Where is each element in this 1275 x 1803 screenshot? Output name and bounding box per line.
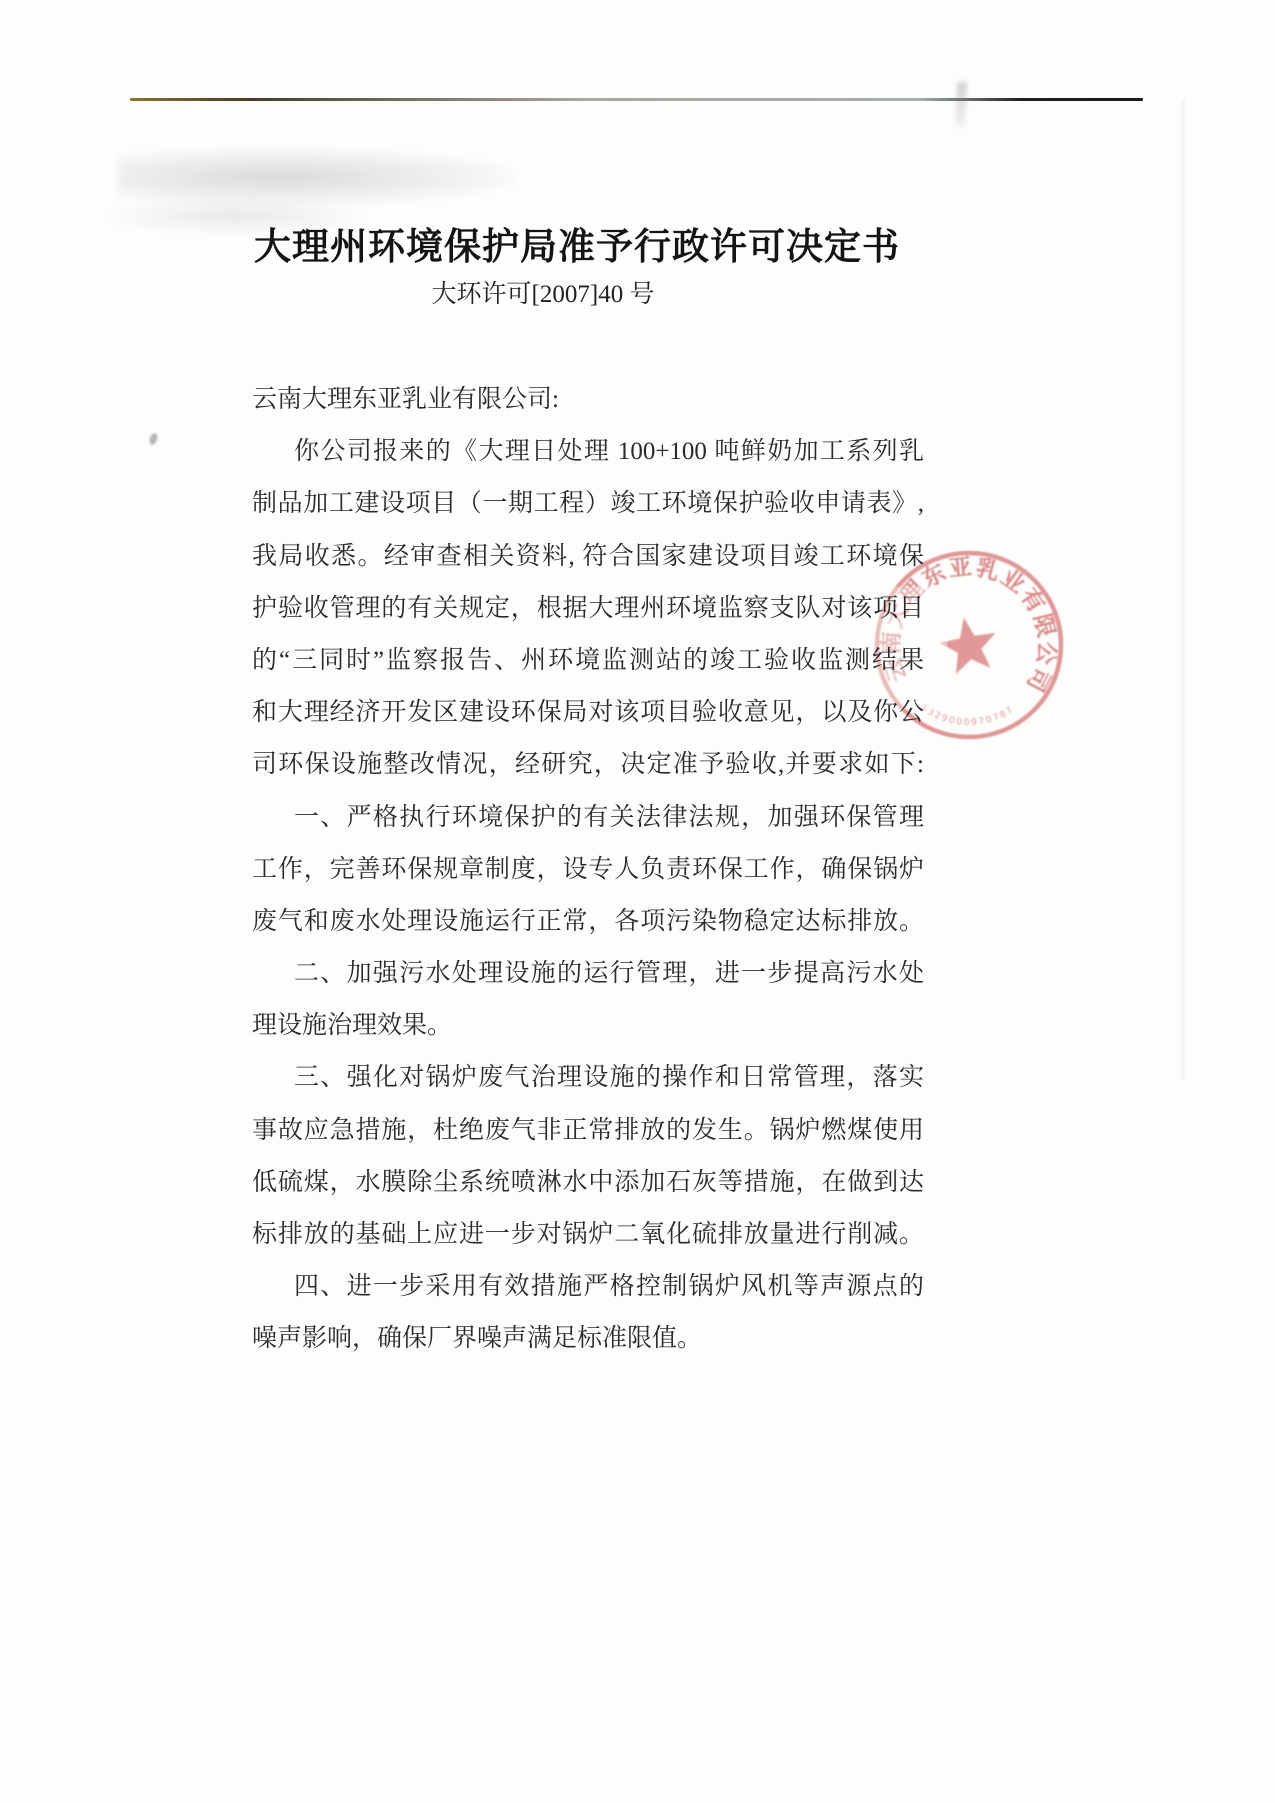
body-line: 三、强化对锅炉废气治理设施的操作和日常管理，落实 bbox=[252, 1052, 924, 1104]
scan-streak bbox=[955, 82, 967, 128]
body-line: 二、加强污水处理设施的运行管理，进一步提高污水处 bbox=[252, 948, 924, 1000]
document-title: 大理州环境保护局准予行政许可决定书 bbox=[242, 216, 912, 270]
body-line: 事故应急措施，杜绝废气非正常排放的发生。锅炉燃煤使用 bbox=[252, 1105, 924, 1157]
body-line: 噪声影响，确保厂界噪声满足标准限值。 bbox=[252, 1313, 924, 1365]
body-line: 和大理经济开发区建设环保局对该项目验收意见，以及你公 bbox=[252, 687, 924, 739]
body-line: 理设施治理效果。 bbox=[252, 1000, 924, 1052]
body-line: 一、严格执行环境保护的有关法律法规，加强环保管理 bbox=[252, 792, 924, 844]
document-body: 云南大理东亚乳业有限公司:你公司报来的《大理日处理 100+100 吨鲜奶加工系… bbox=[252, 374, 924, 1366]
document-number: 大环许可[2007]40 号 bbox=[208, 274, 878, 310]
body-line: 标排放的基础上应进一步对锅炉二氧化硫排放量进行削减。 bbox=[252, 1209, 924, 1261]
body-line: 低硫煤，水膜除尘系统喷淋水中添加石灰等措施，在做到达 bbox=[252, 1157, 924, 1209]
paper-right-edge bbox=[1182, 100, 1185, 1080]
paper-top-edge bbox=[130, 98, 1143, 101]
body-line: 制品加工建设项目（一期工程）竣工环境保护验收申请表》, bbox=[252, 478, 924, 530]
scanned-page: 大理州环境保护局准予行政许可决定书 大环许可[2007]40 号 云南大理东亚乳… bbox=[0, 0, 1275, 1803]
body-line: 司环保设施整改情况，经研究，决定准予验收,并要求如下: bbox=[252, 739, 924, 791]
body-line: 云南大理东亚乳业有限公司: bbox=[252, 374, 924, 426]
body-line: 四、进一步采用有效措施严格控制锅炉风机等声源点的 bbox=[252, 1261, 924, 1313]
body-line: 护验收管理的有关规定，根据大理州环境监察支队对该项目 bbox=[252, 583, 924, 635]
scan-speck bbox=[148, 432, 159, 446]
body-line: 你公司报来的《大理日处理 100+100 吨鲜奶加工系列乳 bbox=[252, 426, 924, 478]
body-line: 工作，完善环保规章制度，设专人负责环保工作，确保锅炉 bbox=[252, 844, 924, 896]
body-line: 废气和废水处理设施运行正常，各项污染物稳定达标排放。 bbox=[252, 896, 924, 948]
body-line: 我局收悉。经审查相关资料, 符合国家建设项目竣工环境保 bbox=[252, 531, 924, 583]
body-line: 的“三同时”监察报告、州环境监测站的竣工验收监测结果 bbox=[252, 635, 924, 687]
scan-smudge bbox=[118, 148, 518, 206]
company-seal: 云南大理东亚乳业有限公司 5329000970787 bbox=[859, 535, 1079, 755]
